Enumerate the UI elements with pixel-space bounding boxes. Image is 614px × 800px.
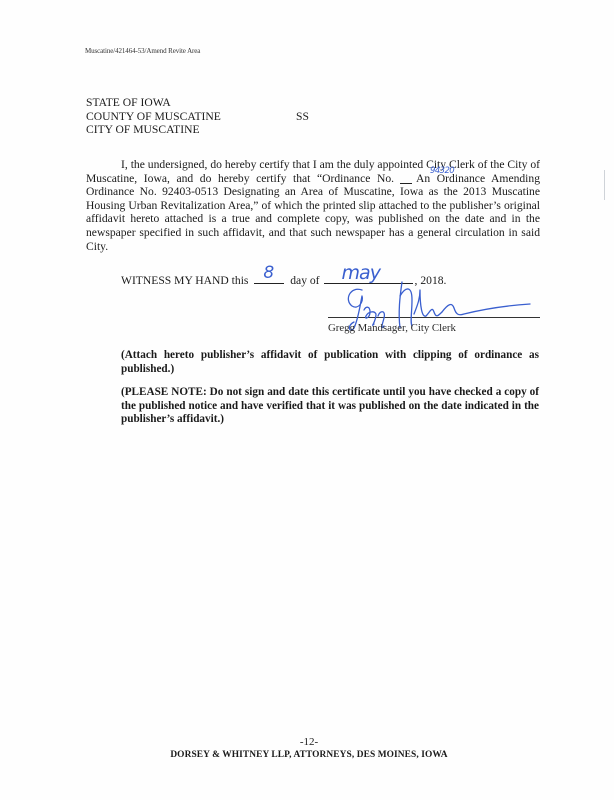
document-page: Muscatine/421464-53/Amend Revite Area ST… — [0, 0, 614, 800]
caption-county-text: COUNTY OF MUSCATINE — [86, 110, 221, 123]
page-number: -12- — [0, 736, 614, 748]
venue-caption: STATE OF IOWA COUNTY OF MUSCATINE SS CIT… — [86, 96, 221, 137]
note-please-note: (PLEASE NOTE: Do not sign and date this … — [121, 386, 539, 427]
signer-name-title: Gregg Mandsager, City Clerk — [328, 322, 456, 334]
document-id: Muscatine/421464-53/Amend Revite Area — [85, 47, 200, 55]
witness-prefix: WITNESS MY HAND this — [121, 274, 248, 287]
caption-ss: SS — [296, 110, 309, 124]
caption-state: STATE OF IOWA — [86, 96, 221, 110]
ordinance-number-field: 94320 — [394, 172, 416, 182]
certification-paragraph: I, the undersigned, do hereby certify th… — [86, 158, 540, 253]
firm-footer: DORSEY & WHITNEY LLP, ATTORNEYS, DES MOI… — [0, 750, 614, 760]
note-attach-affidavit: (Attach hereto publisher’s affidavit of … — [121, 349, 539, 376]
ordinance-number-handwritten: 94320 — [395, 165, 454, 179]
witness-middle: day of — [290, 274, 319, 287]
day-handwritten: 8 — [263, 263, 274, 283]
ordinance-number-underline — [400, 183, 412, 184]
scan-artifact-line — [604, 170, 605, 200]
caption-county: COUNTY OF MUSCATINE SS — [86, 110, 221, 124]
instruction-notes: (Attach hereto publisher’s affidavit of … — [121, 349, 539, 437]
day-blank: 8 — [254, 271, 284, 284]
caption-city: CITY OF MUSCATINE — [86, 123, 221, 137]
